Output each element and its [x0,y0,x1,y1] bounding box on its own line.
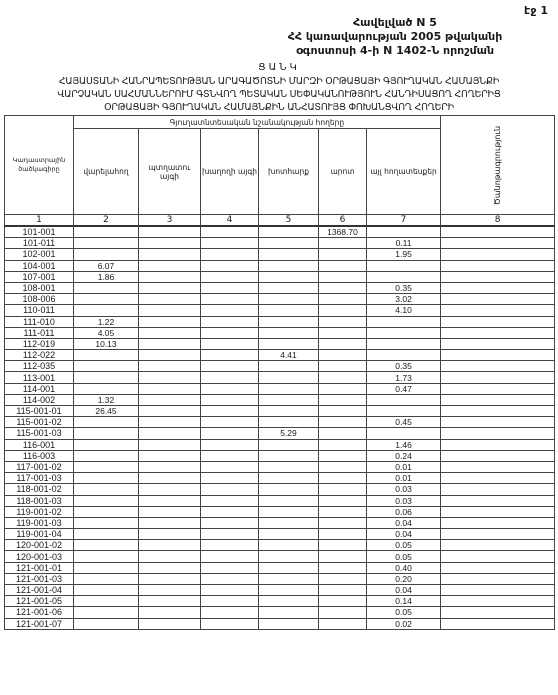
area-cell [201,226,259,238]
area-cell [201,350,259,361]
area-cell [319,372,367,383]
area-cell [201,551,259,562]
area-cell [319,618,367,629]
area-cell [259,316,319,327]
area-cell [319,316,367,327]
area-cell [139,294,201,305]
area-cell [74,450,139,461]
area-cell [367,428,441,439]
table-row: 114-0010.47 [5,383,555,394]
area-cell [259,506,319,517]
area-cell [74,618,139,629]
table-row: 118-001-020.03 [5,484,555,495]
area-cell [441,238,555,249]
header-vineyard: խաղողի այգի [201,129,259,215]
area-cell [139,316,201,327]
cadastral-code-cell: 111-010 [5,316,74,327]
column-number-row: 1 2 3 4 5 6 7 8 [5,215,555,227]
cadastral-code-cell: 102-001 [5,249,74,260]
header-cadastral-code: Կադաստրային ծածկագիրը [5,116,74,215]
table-row: 120-001-020.05 [5,540,555,551]
area-cell [259,495,319,506]
area-cell [441,417,555,428]
area-cell [201,517,259,528]
area-cell [319,428,367,439]
area-cell [201,338,259,349]
area-cell [259,439,319,450]
area-cell [259,226,319,238]
area-cell: 6.07 [74,260,139,271]
table-row: 112-0224.41 [5,350,555,361]
area-cell [441,428,555,439]
area-cell [441,573,555,584]
table-row: 121-001-050.14 [5,596,555,607]
table-row: 116-0011.46 [5,439,555,450]
area-cell: 0.14 [367,596,441,607]
table-row: 115-001-020.45 [5,417,555,428]
area-cell [139,461,201,472]
area-cell [74,305,139,316]
area-cell [74,473,139,484]
area-cell [139,596,201,607]
area-cell [201,327,259,338]
area-cell [441,372,555,383]
area-cell [319,540,367,551]
area-cell: 1.22 [74,316,139,327]
area-cell [319,607,367,618]
cadastral-code-cell: 119-001-04 [5,529,74,540]
table-row: 119-001-040.04 [5,529,555,540]
cadastral-code-cell: 116-001 [5,439,74,450]
area-cell [74,361,139,372]
column-number: 7 [367,215,441,227]
area-cell [201,529,259,540]
area-cell [441,607,555,618]
cadastral-code-cell: 110-011 [5,305,74,316]
area-cell [259,238,319,249]
area-cell [259,372,319,383]
area-cell [201,596,259,607]
area-cell [367,406,441,417]
area-cell [139,439,201,450]
area-cell: 1.46 [367,439,441,450]
cadastral-code-cell: 115-001-01 [5,406,74,417]
area-cell [201,249,259,260]
area-cell: 5.29 [259,428,319,439]
cadastral-code-cell: 115-001-02 [5,417,74,428]
area-cell [139,417,201,428]
area-cell [139,585,201,596]
cadastral-code-cell: 121-001-01 [5,562,74,573]
cadastral-code-cell: 108-001 [5,282,74,293]
area-cell [319,383,367,394]
land-table: Կադաստրային ծածկագիրը Գյուղատնտեսական նշ… [4,115,555,630]
table-row: 119-001-020.06 [5,506,555,517]
title-line-2: ՎԱՐՉԱԿԱՆ ՍԱՀՄԱՆՆԵՐՈՒՄ ԳՏՆՎՈՂ ՊԵՏԱԿԱՆ ՍԵՓ… [2,88,556,101]
cadastral-code-cell: 121-001-03 [5,573,74,584]
area-cell [74,238,139,249]
table-row: 121-001-060.05 [5,607,555,618]
area-cell [139,305,201,316]
area-cell [259,529,319,540]
cadastral-code-cell: 101-011 [5,238,74,249]
cadastral-code-cell: 118-001-02 [5,484,74,495]
cadastral-code-cell: 120-001-03 [5,551,74,562]
table-row: 121-001-070.02 [5,618,555,629]
area-cell [201,506,259,517]
table-row: 119-001-030.04 [5,517,555,528]
area-cell [259,394,319,405]
cadastral-code-cell: 117-001-03 [5,473,74,484]
area-cell [441,327,555,338]
area-cell [319,249,367,260]
document-heading: ՑԱՆԿ [0,62,558,73]
area-cell [441,517,555,528]
area-cell [201,383,259,394]
area-cell: 1.95 [367,249,441,260]
area-cell: 26.45 [74,406,139,417]
area-cell [139,394,201,405]
area-cell [441,249,555,260]
area-cell [201,428,259,439]
area-cell [201,394,259,405]
area-cell [139,350,201,361]
area-cell [201,439,259,450]
table-row: 113-0011.73 [5,372,555,383]
area-cell [139,506,201,517]
area-cell [319,529,367,540]
area-cell [441,540,555,551]
annex-line-2: ՀՀ կառավարության 2005 թվականի [250,30,540,44]
area-cell [319,271,367,282]
cadastral-code-cell: 117-001-02 [5,461,74,472]
area-cell [201,573,259,584]
area-cell [319,495,367,506]
area-cell: 0.24 [367,450,441,461]
area-cell [74,282,139,293]
area-cell [259,406,319,417]
table-row: 110-0114.10 [5,305,555,316]
column-number: 3 [139,215,201,227]
table-row: 114-0021.32 [5,394,555,405]
area-cell [259,585,319,596]
area-cell [367,226,441,238]
area-cell [139,327,201,338]
area-cell [441,260,555,271]
area-cell [259,607,319,618]
area-cell [259,473,319,484]
area-cell: 4.41 [259,350,319,361]
area-cell: 0.20 [367,573,441,584]
area-cell [74,495,139,506]
area-cell: 1.32 [74,394,139,405]
area-cell [74,428,139,439]
area-cell: 0.04 [367,585,441,596]
table-row: 111-0101.22 [5,316,555,327]
area-cell: 0.05 [367,607,441,618]
area-cell [319,238,367,249]
area-cell [441,316,555,327]
area-cell [139,226,201,238]
area-cell [259,461,319,472]
area-cell [367,350,441,361]
column-number: 2 [74,215,139,227]
area-cell [74,417,139,428]
area-cell [201,260,259,271]
cadastral-code-cell: 119-001-02 [5,506,74,517]
area-cell [139,383,201,394]
area-cell [74,562,139,573]
area-cell [139,271,201,282]
area-cell: 1.73 [367,372,441,383]
area-cell: 0.11 [367,238,441,249]
area-cell [319,260,367,271]
cadastral-code-cell: 107-001 [5,271,74,282]
table-row: 101-0110.11 [5,238,555,249]
area-cell [74,585,139,596]
area-cell [74,529,139,540]
area-cell [319,562,367,573]
column-number: 4 [201,215,259,227]
area-cell [139,540,201,551]
area-cell: 0.01 [367,461,441,472]
area-cell [201,461,259,472]
table-row: 121-001-010.40 [5,562,555,573]
table-row: 111-0114.05 [5,327,555,338]
table-row: 107-0011.86 [5,271,555,282]
area-cell [319,282,367,293]
area-cell [441,383,555,394]
area-cell [259,260,319,271]
header-pasture: արոտ [319,129,367,215]
header-arable: վարելահող [74,129,139,215]
area-cell [139,473,201,484]
area-cell: 3.02 [367,294,441,305]
area-cell [441,529,555,540]
table-row: 116-0030.24 [5,450,555,461]
area-cell [259,618,319,629]
area-cell [441,618,555,629]
area-cell [139,607,201,618]
area-cell: 0.47 [367,383,441,394]
area-cell [201,484,259,495]
cadastral-code-cell: 116-003 [5,450,74,461]
area-cell [367,338,441,349]
area-cell [139,428,201,439]
area-cell [259,573,319,584]
table-row: 112-01910.13 [5,338,555,349]
cadastral-code-cell: 121-001-06 [5,607,74,618]
area-cell [259,282,319,293]
area-cell [441,484,555,495]
area-cell [139,529,201,540]
area-cell: 4.05 [74,327,139,338]
note-header-label: Ծանոթագրություն [493,125,502,204]
cadastral-code-cell: 121-001-07 [5,618,74,629]
area-cell [201,406,259,417]
cadastral-code-cell: 104-001 [5,260,74,271]
table-row: 108-0063.02 [5,294,555,305]
column-number: 6 [319,215,367,227]
table-row: 115-001-035.29 [5,428,555,439]
area-cell [441,305,555,316]
annex-line-3: օգոստոսի 4-ի N 1402-Ն որոշման [250,44,540,58]
area-cell [74,461,139,472]
area-cell [259,417,319,428]
area-cell [201,417,259,428]
cadastral-code-cell: 112-035 [5,361,74,372]
area-cell: 0.06 [367,506,441,517]
area-cell: 0.03 [367,484,441,495]
area-cell [139,573,201,584]
area-cell [201,618,259,629]
area-cell [259,305,319,316]
cadastral-code-cell: 121-001-05 [5,596,74,607]
area-cell [201,495,259,506]
table-row: 118-001-030.03 [5,495,555,506]
area-cell [441,461,555,472]
area-cell [259,562,319,573]
area-cell [201,372,259,383]
area-cell [259,540,319,551]
table-row: 104-0016.07 [5,260,555,271]
area-cell [367,394,441,405]
area-cell [441,271,555,282]
cadastral-code-cell: 120-001-02 [5,540,74,551]
table-row: 101-0011368.70 [5,226,555,238]
area-cell [74,596,139,607]
header-note: Ծանոթագրություն [441,116,555,215]
title-line-1: ՀԱՅԱՍՏԱՆԻ ՀԱՆՐԱՊԵՏՈՒԹՅԱՆ ԱՐԱԳԱԾՈՏՆԻ ՄԱՐԶ… [2,75,556,88]
area-cell [441,506,555,517]
area-cell [319,394,367,405]
area-cell [139,372,201,383]
area-cell [441,394,555,405]
area-cell [201,607,259,618]
table-row: 121-001-030.20 [5,573,555,584]
area-cell [259,484,319,495]
annex-line-1: Հավելված N 5 [250,16,540,30]
area-cell [74,540,139,551]
area-cell [319,350,367,361]
area-cell [441,596,555,607]
area-cell [441,361,555,372]
area-cell [259,271,319,282]
cadastral-code-cell: 112-019 [5,338,74,349]
area-cell [201,540,259,551]
area-cell [74,294,139,305]
area-cell [319,473,367,484]
cadastral-code-cell: 112-022 [5,350,74,361]
area-cell [201,238,259,249]
area-cell: 0.45 [367,417,441,428]
area-cell [74,226,139,238]
header-orchard: պտղատու այգի [139,129,201,215]
cadastral-code-cell: 108-006 [5,294,74,305]
area-cell [139,406,201,417]
area-cell [139,260,201,271]
area-cell [74,439,139,450]
area-cell [139,484,201,495]
area-cell [441,551,555,562]
area-cell [367,316,441,327]
area-cell [74,551,139,562]
area-cell [259,361,319,372]
cadastral-code-cell: 111-011 [5,327,74,338]
area-cell [319,361,367,372]
area-cell [367,260,441,271]
area-cell [319,305,367,316]
area-cell [367,271,441,282]
area-cell [139,551,201,562]
column-number: 8 [441,215,555,227]
cadastral-code-cell: 121-001-04 [5,585,74,596]
area-cell [139,517,201,528]
cadastral-code-cell: 114-001 [5,383,74,394]
area-cell [319,551,367,562]
header-other-land: այլ հողատեսքեր [367,129,441,215]
area-cell: 0.04 [367,517,441,528]
area-cell: 1368.70 [319,226,367,238]
area-cell [319,461,367,472]
column-number: 5 [259,215,319,227]
area-cell [139,562,201,573]
area-cell: 1.86 [74,271,139,282]
table-row: 117-001-030.01 [5,473,555,484]
area-cell [201,450,259,461]
title-line-3: ՕՐԹԱՑԱՅԻ ԳՅՈՒՂԱԿԱՆ ՀԱՄԱՅՆՔԻՆ ԱՆՀԱՏՈՒՅՑ Փ… [2,101,556,114]
area-cell [139,450,201,461]
area-cell [259,338,319,349]
area-cell [74,372,139,383]
table-row: 102-0011.95 [5,249,555,260]
table-row: 112-0350.35 [5,361,555,372]
area-cell [441,473,555,484]
area-cell [139,495,201,506]
cadastral-code-cell: 101-001 [5,226,74,238]
area-cell [441,338,555,349]
area-cell [441,350,555,361]
area-cell: 0.35 [367,282,441,293]
area-cell [139,361,201,372]
area-cell [201,271,259,282]
area-cell: 0.04 [367,529,441,540]
area-cell [139,282,201,293]
table-body: 101-0011368.70101-0110.11102-0011.95104-… [5,226,555,629]
area-cell [201,305,259,316]
area-cell [441,226,555,238]
area-cell [74,350,139,361]
area-cell: 0.35 [367,361,441,372]
area-cell [441,450,555,461]
area-cell [319,573,367,584]
table-row: 115-001-0126.45 [5,406,555,417]
annex-reference: Հավելված N 5 ՀՀ կառավարության 2005 թվակա… [250,16,540,58]
area-cell [74,517,139,528]
cadastral-code-cell: 118-001-03 [5,495,74,506]
area-cell [259,327,319,338]
area-cell [319,517,367,528]
area-cell [319,439,367,450]
table-row: 108-0010.35 [5,282,555,293]
area-cell [201,585,259,596]
area-cell [139,249,201,260]
area-cell [74,573,139,584]
area-cell [74,607,139,618]
area-cell [259,517,319,528]
area-cell: 0.02 [367,618,441,629]
area-cell [259,450,319,461]
